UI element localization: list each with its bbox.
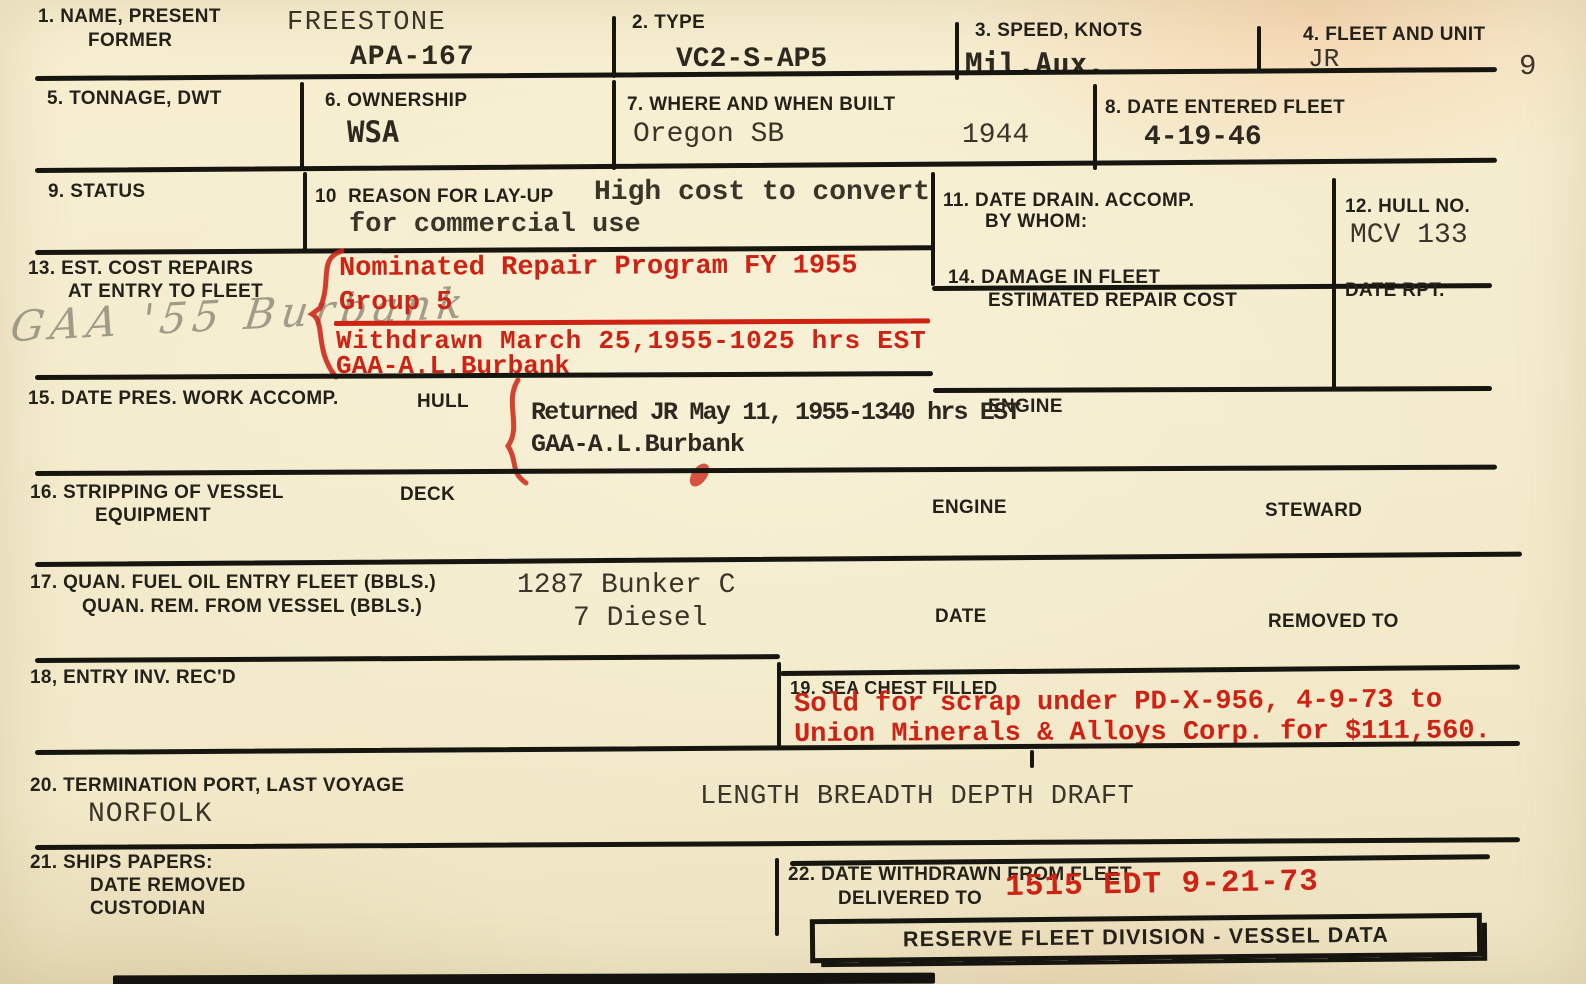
footer-title-box: RESERVE FLEET DIVISION - VESSEL DATA: [810, 913, 1482, 963]
rule-row2: [35, 158, 1497, 173]
built-where-value: Oregon SB: [633, 121, 784, 149]
field13-label: 13. EST. COST REPAIRS: [28, 258, 253, 279]
tick-row20: [1030, 750, 1034, 768]
fuel-removed-value: 7 Diesel: [573, 605, 707, 633]
date-entered-value: 4-19-46: [1144, 124, 1262, 152]
divider-5-6: [300, 82, 304, 170]
divider-18-19: [777, 662, 781, 748]
field11-label: 11. DATE DRAIN. ACCOMP.: [943, 190, 1194, 211]
divider-1-2: [612, 16, 616, 78]
field14-label2: ESTIMATED REPAIR COST: [988, 290, 1237, 311]
ownership-value: WSA: [347, 118, 399, 147]
field5-label: 5. TONNAGE, DWT: [47, 88, 222, 109]
page-number: 9: [1519, 52, 1536, 81]
stamp-sold-line1: Sold for scrap under PD-X-956, 4-9-73 to: [794, 687, 1442, 719]
date-rpt-label: DATE RPT.: [1345, 280, 1445, 301]
rule-row20: [35, 837, 1520, 850]
rule-row17-left: [35, 654, 780, 663]
type-value: VC2-S-AP5: [676, 46, 827, 74]
field21-label: 21. SHIPS PAPERS:: [30, 852, 213, 873]
field3-label: 3. SPEED, KNOTS: [975, 20, 1143, 41]
field20-label: 20. TERMINATION PORT, LAST VOYAGE: [30, 775, 404, 796]
field7-label: 7. WHERE AND WHEN BUILT: [627, 94, 895, 115]
field16-label: 16. STRIPPING OF VESSEL: [30, 482, 284, 503]
divider-14-daterpt: [1332, 288, 1336, 390]
field6-label: 6. OWNERSHIP: [325, 90, 467, 111]
footer-title: RESERVE FLEET DIVISION - VESSEL DATA: [903, 924, 1389, 952]
divider-9-10: [303, 172, 307, 252]
stamp-nominated: Nominated Repair Program FY 1955: [339, 253, 858, 283]
rule-row16: [35, 552, 1522, 567]
field8-label: 8. DATE ENTERED FLEET: [1105, 97, 1345, 118]
termination-port-value: NORFOLK: [88, 801, 213, 829]
field16-label2: EQUIPMENT: [95, 505, 211, 526]
date-label: DATE: [935, 606, 987, 627]
pres-work-line2: GAA-A.L.Burbank: [531, 432, 744, 457]
rule-row17-right: [780, 665, 1520, 676]
scan-edge-strip: [113, 973, 935, 984]
rule-row14: [933, 386, 1492, 393]
field18-label: 18, ENTRY INV. REC'D: [30, 667, 236, 688]
divider-11-12: [1332, 178, 1336, 286]
rule-row15: [35, 465, 1497, 476]
layup-reason-line1: High cost to convert: [594, 179, 930, 207]
field17-label: 17. QUAN. FUEL OIL ENTRY FLEET (BBLS.): [30, 572, 436, 593]
dimensions-label: LENGTH BREADTH DEPTH DRAFT: [700, 784, 1134, 811]
divider-3-4: [1257, 26, 1261, 72]
field14-label: 14. DAMAGE IN FLEET: [948, 267, 1160, 288]
field2-label: 2. TYPE: [632, 12, 705, 33]
hull-no-value: MCV 133: [1350, 222, 1468, 250]
field9-label: 9. STATUS: [48, 181, 145, 202]
vessel-data-card: 1. NAME, PRESENT FORMER FREESTONE APA-16…: [0, 0, 1586, 984]
red-ink-smudge: [686, 460, 713, 490]
field15-label: 15. DATE PRES. WORK ACCOMP.: [28, 388, 339, 409]
steward-label: STEWARD: [1265, 500, 1362, 521]
former-name-value: APA-167: [350, 44, 475, 72]
divider-10-11: [931, 172, 935, 286]
fuel-entry-value: 1287 Bunker C: [517, 572, 735, 600]
layup-reason-line2: for commercial use: [349, 212, 641, 239]
field17-label2: QUAN. REM. FROM VESSEL (BBLS.): [82, 596, 422, 617]
built-when-value: 1944: [962, 122, 1029, 150]
field1-label2: FORMER: [88, 30, 172, 51]
field21-label2: DATE REMOVED: [90, 875, 246, 896]
deck-label: DECK: [400, 484, 455, 505]
field12-label: 12. HULL NO.: [1345, 196, 1470, 217]
field21-label3: CUSTODIAN: [90, 898, 206, 919]
field1-label: 1. NAME, PRESENT: [38, 6, 221, 27]
hull-label: HULL: [417, 391, 469, 412]
field4-label: 4. FLEET AND UNIT: [1303, 24, 1485, 45]
divider-21-22: [775, 858, 779, 936]
divider-6-7: [612, 80, 616, 170]
field22-label2: DELIVERED TO: [838, 888, 982, 909]
stamp-delivered: 1515 EDT 9-21-73: [1005, 867, 1319, 903]
engine-label-16: ENGINE: [932, 497, 1007, 518]
stamp-group: Group 5: [339, 290, 452, 317]
field11-label2: BY WHOM:: [985, 211, 1088, 232]
ship-name-value: FREESTONE: [287, 10, 446, 37]
divider-7-8: [1093, 84, 1097, 170]
field10-label: 10 REASON FOR LAY-UP: [315, 186, 554, 207]
removed-to-label: REMOVED TO: [1268, 611, 1399, 632]
pres-work-line1: Returned JR May 11, 1955-1340 hrs EST: [531, 400, 1020, 425]
